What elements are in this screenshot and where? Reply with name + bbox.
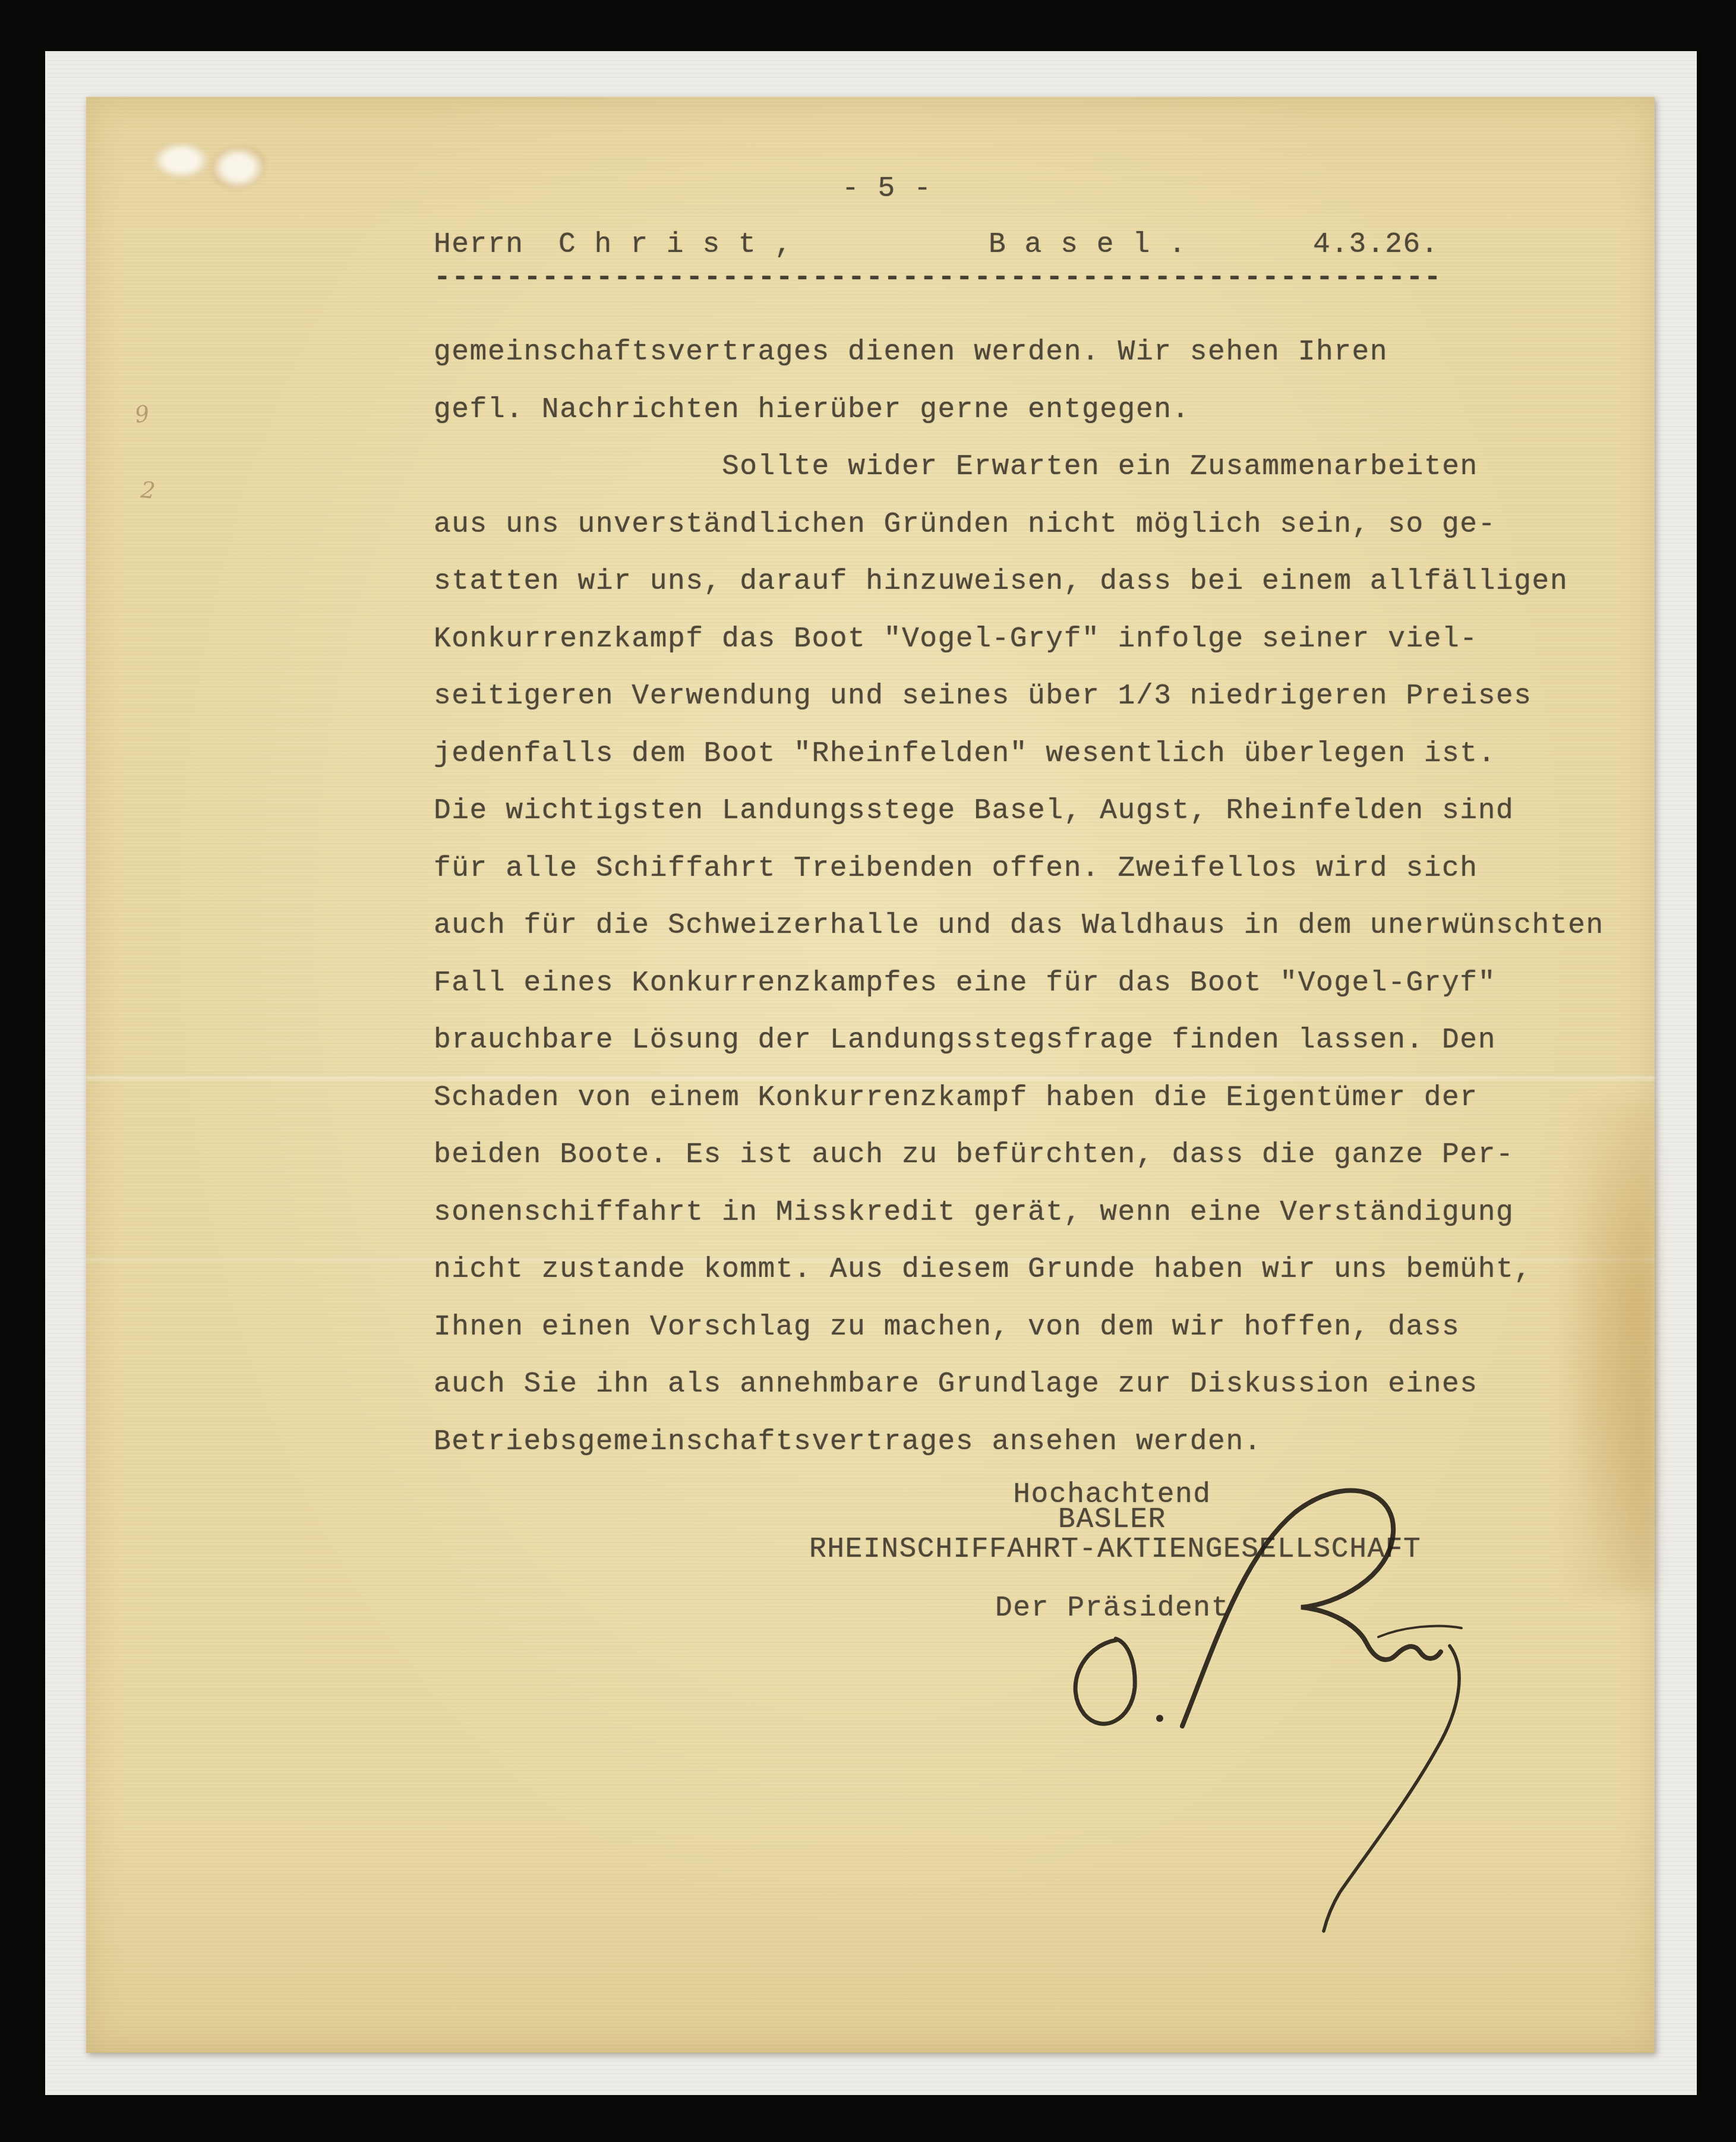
body-line: brauchbare Lösung der Landungsstegsfrage…	[434, 1012, 1616, 1070]
margin-pencil-mark: 9	[133, 400, 151, 428]
letter-page: 9 2 - 5 - Herrn C h r i s t , B a s e l …	[86, 97, 1655, 2053]
handwritten-signature	[832, 1386, 1485, 1951]
margin-pencil-mark: 2	[140, 477, 156, 504]
page-number: - 5 -	[842, 173, 932, 205]
recipient-label: Herrn	[434, 229, 524, 261]
paper-damage-spot	[153, 142, 210, 179]
body-line: nicht zustande kommt. Aus diesem Grunde …	[434, 1241, 1616, 1299]
body-line: beiden Boote. Es ist auch zu befürchten,…	[434, 1127, 1616, 1184]
body-line: sonenschiffahrt in Misskredit gerät, wen…	[434, 1184, 1616, 1242]
letter-scan: 9 2 - 5 - Herrn C h r i s t , B a s e l …	[0, 0, 1736, 2142]
body-line: Ihnen einen Vorschlag zu machen, von dem…	[434, 1299, 1616, 1357]
paper-damage-spot	[211, 146, 266, 190]
letter-body: gemeinschaftsvertrages dienen werden. Wi…	[434, 324, 1616, 1471]
recipient-name: C h r i s t ,	[558, 229, 793, 261]
body-line: Die wichtigsten Landungsstege Basel, Aug…	[434, 783, 1616, 840]
body-line: statten wir uns, darauf hinzuweisen, das…	[434, 553, 1616, 611]
body-line: für alle Schiffahrt Treibenden offen. Zw…	[434, 840, 1616, 898]
body-line: auch für die Schweizerhalle und das Wald…	[434, 897, 1616, 955]
body-line: jedenfalls dem Boot "Rheinfelden" wesent…	[434, 725, 1616, 783]
body-line: Konkurrenzkampf das Boot "Vogel-Gryf" in…	[434, 611, 1616, 668]
dashed-divider: ----------------------------------------…	[434, 262, 1442, 294]
place-label: B a s e l .	[989, 229, 1186, 261]
body-line: Schaden von einem Konkurrenzkampf haben …	[434, 1070, 1616, 1127]
body-line: gefl. Nachrichten hierüber gerne entgege…	[434, 381, 1616, 439]
body-line: aus uns unverständlichen Gründen nicht m…	[434, 496, 1616, 554]
body-line: Fall eines Konkurrenzkampfes eine für da…	[434, 955, 1616, 1012]
body-line: Sollte wider Erwarten ein Zusammenarbeit…	[434, 439, 1616, 496]
date-label: 4.3.26.	[1313, 229, 1439, 261]
body-line: gemeinschaftsvertrages dienen werden. Wi…	[434, 324, 1616, 381]
body-line: seitigeren Verwendung und seines über 1/…	[434, 668, 1616, 725]
